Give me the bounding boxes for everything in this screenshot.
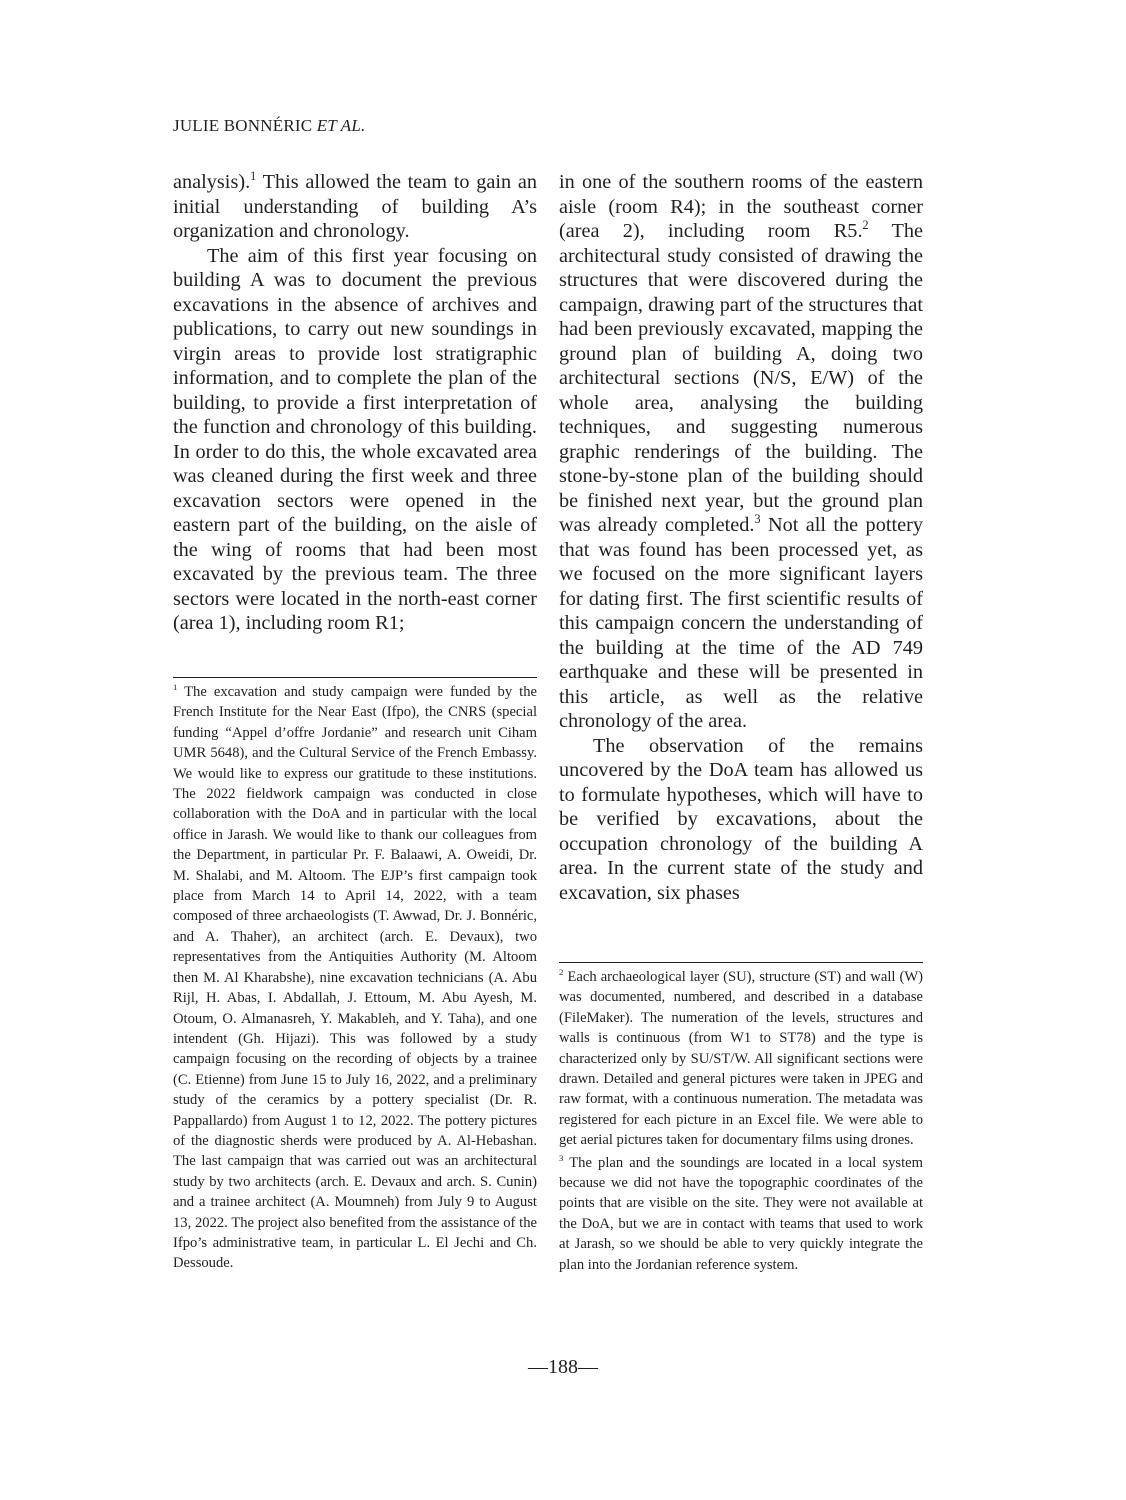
page-number: —188— [0, 1356, 1126, 1379]
footnotes-left: 1 The excavation and study campaign were… [173, 677, 537, 1274]
right-column-body: in one of the southern rooms of the east… [559, 170, 923, 905]
right-p1-text-b: The architectural study consisted of dra… [559, 220, 923, 536]
footnote-rule [559, 962, 923, 963]
footnotes-right: 2 Each archaeological layer (SU), struct… [559, 962, 923, 1275]
right-p1-text-c: Not all the pottery that was found has b… [559, 514, 923, 732]
left-column-body: analysis).1 This allowed the team to gai… [173, 170, 537, 636]
left-paragraph-1: analysis).1 This allowed the team to gai… [173, 170, 537, 244]
right-paragraph-2: The observation of the remains uncovered… [559, 734, 923, 906]
footnote-1-text: The excavation and study campaign were f… [173, 684, 537, 1271]
footnote-2: 2 Each archaeological layer (SU), struct… [559, 967, 923, 1151]
footnote-3-text: The plan and the soundings are located i… [559, 1155, 923, 1273]
running-head-author: JULIE BONNÉRIC [173, 116, 312, 135]
footnote-2-text: Each archaeological layer (SU), structur… [559, 969, 923, 1148]
left-paragraph-2: The aim of this first year focusing on b… [173, 244, 537, 636]
running-head: JULIE BONNÉRIC ET AL. [173, 116, 365, 136]
footnote-1: 1 The excavation and study campaign were… [173, 682, 537, 1274]
footnote-3: 3 The plan and the soundings are located… [559, 1153, 923, 1275]
right-paragraph-1: in one of the southern rooms of the east… [559, 170, 923, 734]
left-p1-text-a: analysis). [173, 171, 250, 193]
running-head-etal: ET AL. [317, 116, 366, 135]
footnote-rule [173, 677, 537, 678]
